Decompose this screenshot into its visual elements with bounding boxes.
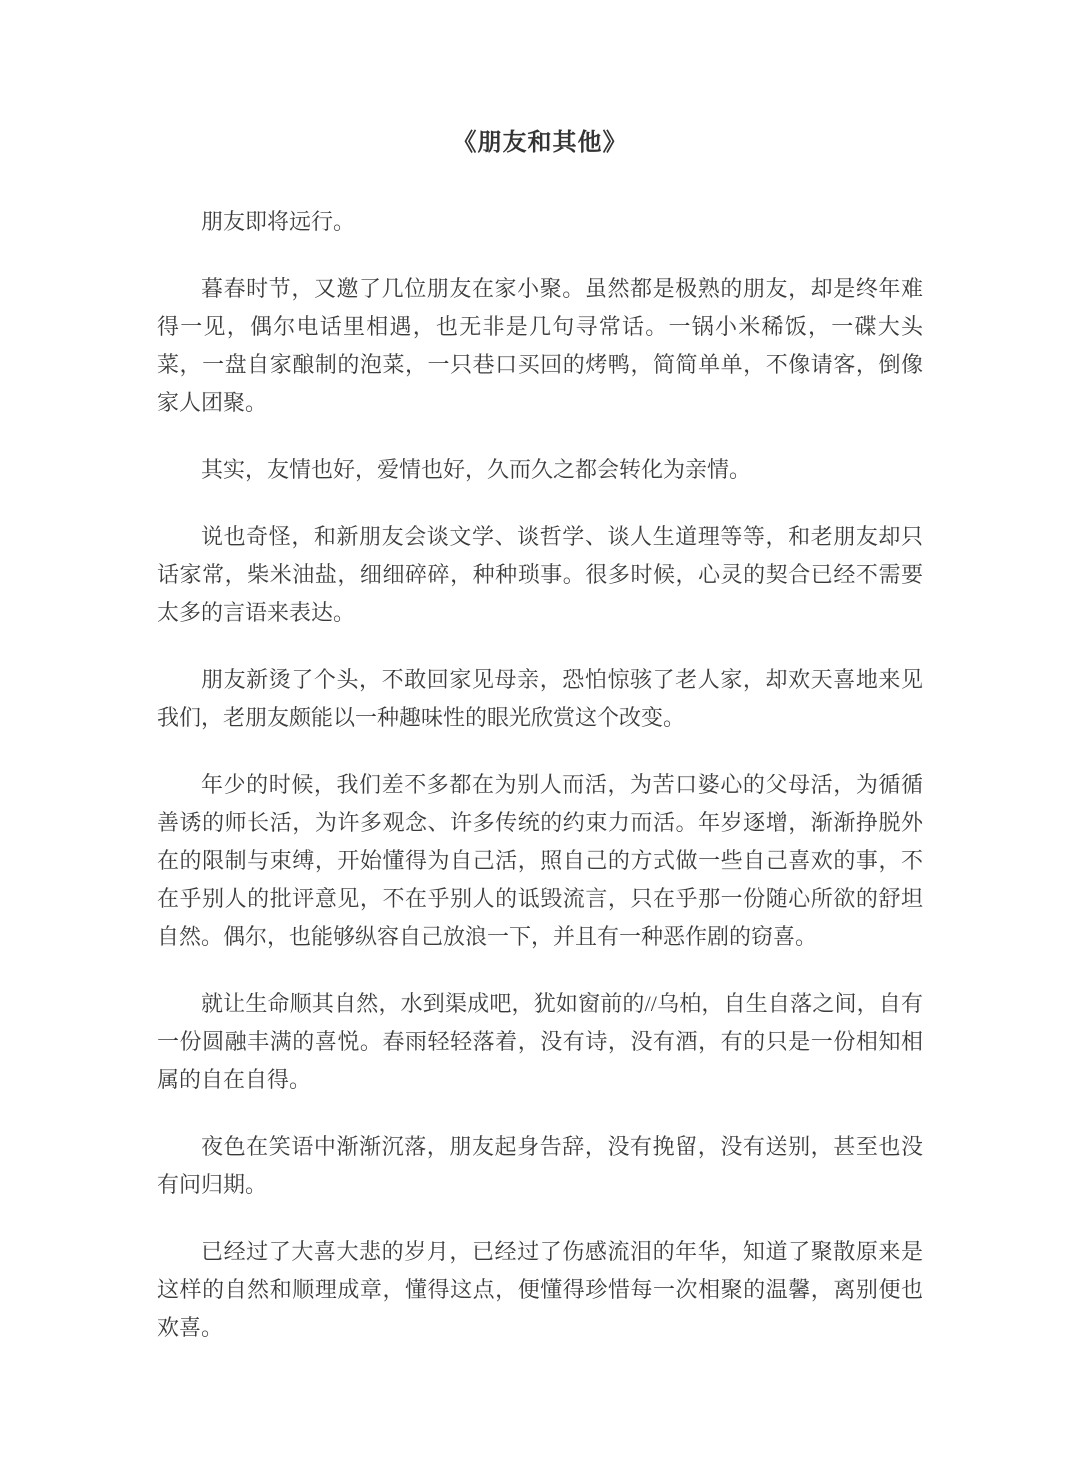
paragraph: 夜色在笑语中渐渐沉落，朋友起身告辞，没有挽留，没有送别，甚至也没有问归期。 bbox=[157, 1128, 923, 1204]
paragraph: 说也奇怪，和新朋友会谈文学、谈哲学、谈人生道理等等，和老朋友却只话家常，柴米油盐… bbox=[157, 518, 923, 632]
paragraph: 其实，友情也好，爱情也好，久而久之都会转化为亲情。 bbox=[157, 451, 923, 489]
paragraph: 朋友新烫了个头，不敢回家见母亲，恐怕惊骇了老人家，却欢天喜地来见我们，老朋友颇能… bbox=[157, 661, 923, 737]
paragraph: 朋友即将远行。 bbox=[157, 203, 923, 241]
paragraph: 暮春时节，又邀了几位朋友在家小聚。虽然都是极熟的朋友，却是终年难得一见，偶尔电话… bbox=[157, 270, 923, 422]
paragraph: 年少的时候，我们差不多都在为别人而活，为苦口婆心的父母活，为循循善诱的师长活，为… bbox=[157, 766, 923, 956]
paragraph: 已经过了大喜大悲的岁月，已经过了伤感流泪的年华，知道了聚散原来是这样的自然和顺理… bbox=[157, 1233, 923, 1347]
document-page: 《朋友和其他》 朋友即将远行。 暮春时节，又邀了几位朋友在家小聚。虽然都是极熟的… bbox=[0, 0, 1080, 1475]
paragraph: 就让生命顺其自然，水到渠成吧，犹如窗前的//乌柏，自生自落之间，自有一份圆融丰满… bbox=[157, 985, 923, 1099]
document-body: 朋友即将远行。 暮春时节，又邀了几位朋友在家小聚。虽然都是极熟的朋友，却是终年难… bbox=[157, 157, 923, 1347]
page-title: 《朋友和其他》 bbox=[0, 0, 1080, 157]
